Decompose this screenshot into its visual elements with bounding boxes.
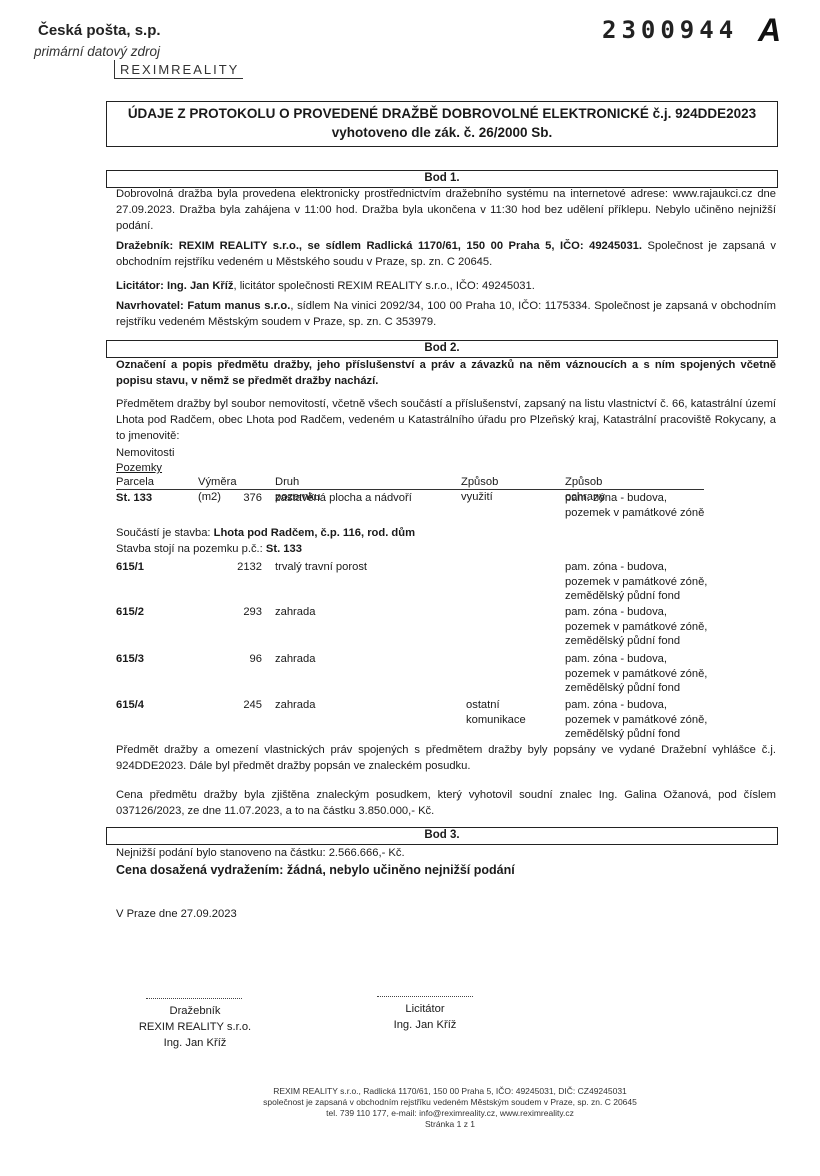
parcel-area: 376 (200, 491, 262, 506)
protection-line: zemědělský půdní fond (565, 727, 707, 742)
stavba-line: Stavba stojí na pozemku p.č.: St. 133 (116, 542, 302, 557)
section-bod-3-header: Bod 3. (106, 827, 778, 845)
protection-line: pozemek v památkové zóně, (565, 667, 707, 682)
parcel-protection: pam. zóna - budova,pozemek v památkové z… (565, 560, 707, 604)
parcel-number: St. 133 (116, 491, 152, 506)
protection-line: pam. zóna - budova, (565, 652, 707, 667)
parcel-area: 245 (200, 698, 262, 713)
soucasti-value: Lhota pod Radčem, č.p. 116, rod. dům (214, 527, 415, 539)
parcel-area: 2132 (200, 560, 262, 575)
parcel-type: zastavěná plocha a nádvoří (275, 491, 412, 506)
page-footer: REXIM REALITY s.r.o., Radlická 1170/61, … (220, 1086, 680, 1130)
document-title-box: ÚDAJE Z PROTOKOLU O PROVEDENÉ DRAŽBĚ DOB… (106, 101, 778, 147)
signature-block-left: Dražebník REXIM REALITY s.r.o. Ing. Jan … (120, 1003, 270, 1051)
licitator-label: Licitátor: Ing. Jan Kříž (116, 280, 233, 292)
parcel-type: zahrada (275, 605, 315, 620)
parcel-number: 615/4 (116, 698, 144, 713)
footer-registry: společnost je zapsaná v obchodním rejstř… (220, 1097, 680, 1108)
bod-1-drazebnik: Dražebník: REXIM REALITY s.r.o., se sídl… (116, 238, 776, 270)
footer-company: REXIM REALITY s.r.o., Radlická 1170/61, … (220, 1086, 680, 1097)
document-subtitle: vyhotoveno dle zák. č. 26/2000 Sb. (107, 123, 777, 142)
document-title: ÚDAJE Z PROTOKOLU O PROVEDENÉ DRAŽBĚ DOB… (107, 104, 777, 123)
signature-right-person: Ing. Jan Kříž (350, 1017, 500, 1033)
licitator-rest: , licitátor společnosti REXIM REALITY s.… (233, 280, 534, 292)
signature-line-left (146, 998, 242, 999)
col-header-vyuziti: Způsob využití (461, 475, 498, 504)
protection-line: pam. zóna - budova, (565, 605, 707, 620)
parcel-usage: ostatní komunikace (466, 698, 546, 727)
parcel-area: 293 (200, 605, 262, 620)
signature-right-role: Licitátor (350, 1001, 500, 1017)
protection-line: pozemek v památkové zóně, (565, 575, 707, 590)
navrhovatel-label: Navrhovatel: Fatum manus s.r.o. (116, 300, 290, 312)
bod-1-navrhovatel: Navrhovatel: Fatum manus s.r.o., sídlem … (116, 298, 776, 330)
bod-2-intro: Předmětem dražby byl soubor nemovitostí,… (116, 396, 776, 444)
nemovitosti-label: Nemovitosti (116, 446, 174, 461)
soucasti-label: Součástí je stavba: (116, 527, 214, 539)
parcel-protection: pam. zóna - budova,pozemek v památkové z… (565, 652, 707, 696)
bod-2-cena: Cena předmětu dražby byla zjištěna znale… (116, 787, 776, 819)
bod-2-heading: Označení a popis předmětu dražby, jeho p… (116, 357, 776, 389)
parcel-type: trvalý travní porost (275, 560, 367, 575)
col-header-parcela: Parcela (116, 475, 154, 490)
stavba-value: St. 133 (266, 543, 302, 555)
protection-line: pozemek v památkové zóně, (565, 713, 707, 728)
nejnizsi-podani: Nejnižší podání bylo stanoveno na částku… (116, 846, 405, 861)
signature-block-right: Licitátor Ing. Jan Kříž (350, 1001, 500, 1033)
post-stamp-subtitle: primární datový zdroj (34, 44, 160, 59)
stavba-label: Stavba stojí na pozemku p.č.: (116, 543, 266, 555)
parcel-protection: pam. zóna - budova,pozemek v památkové z… (565, 698, 707, 742)
document-letter: A (758, 12, 781, 49)
company-logo: REXIMREALITY (114, 60, 243, 79)
document-number: 2300944 (602, 16, 738, 44)
parcel-number: 615/3 (116, 652, 144, 667)
protection-line: pam. zóna - budova, (565, 560, 707, 575)
footer-page-number: Stránka 1 z 1 (220, 1119, 680, 1130)
signature-line-right (377, 996, 473, 997)
bod-1-intro: Dobrovolná dražba byla provedena elektro… (116, 186, 776, 234)
parcel-type: zahrada (275, 652, 315, 667)
parcel-area: 96 (200, 652, 262, 667)
signature-left-company: REXIM REALITY s.r.o. (120, 1019, 270, 1035)
protection-line: zemědělský půdní fond (565, 681, 707, 696)
footer-contact: tel. 739 110 177, e-mail: info@reximreal… (220, 1108, 680, 1119)
protection-line: pam. zóna - budova, (565, 491, 704, 506)
parcel-number: 615/1 (116, 560, 144, 575)
bod-2-omezeni: Předmět dražby a omezení vlastnických pr… (116, 742, 776, 774)
post-stamp-title: Česká pošta, s.p. (38, 22, 161, 39)
protection-line: pam. zóna - budova, (565, 698, 707, 713)
parcel-type: zahrada (275, 698, 315, 713)
section-bod-2-header: Bod 2. (106, 340, 778, 358)
signature-left-role: Dražebník (120, 1003, 270, 1019)
protection-line: zemědělský půdní fond (565, 634, 707, 649)
signature-left-person: Ing. Jan Kříž (120, 1035, 270, 1051)
protection-line: pozemek v památkové zóně, (565, 620, 707, 635)
parcel-protection: pam. zóna - budova,pozemek v památkové z… (565, 605, 707, 649)
place-date: V Praze dne 27.09.2023 (116, 908, 237, 920)
pozemky-label: Pozemky (116, 461, 162, 476)
soucasti-line: Součástí je stavba: Lhota pod Radčem, č.… (116, 526, 415, 541)
bod-1-licitator: Licitátor: Ing. Jan Kříž, licitátor spol… (116, 278, 776, 294)
drazebnik-label: Dražebník: REXIM REALITY s.r.o., se sídl… (116, 240, 642, 252)
cena-dosazena: Cena dosažená vydražením: žádná, nebylo … (116, 862, 515, 878)
parcel-number: 615/2 (116, 605, 144, 620)
parcel-protection: pam. zóna - budova,pozemek v památkové z… (565, 491, 704, 520)
protection-line: pozemek v památkové zóně (565, 506, 704, 521)
protection-line: zemědělský půdní fond (565, 589, 707, 604)
